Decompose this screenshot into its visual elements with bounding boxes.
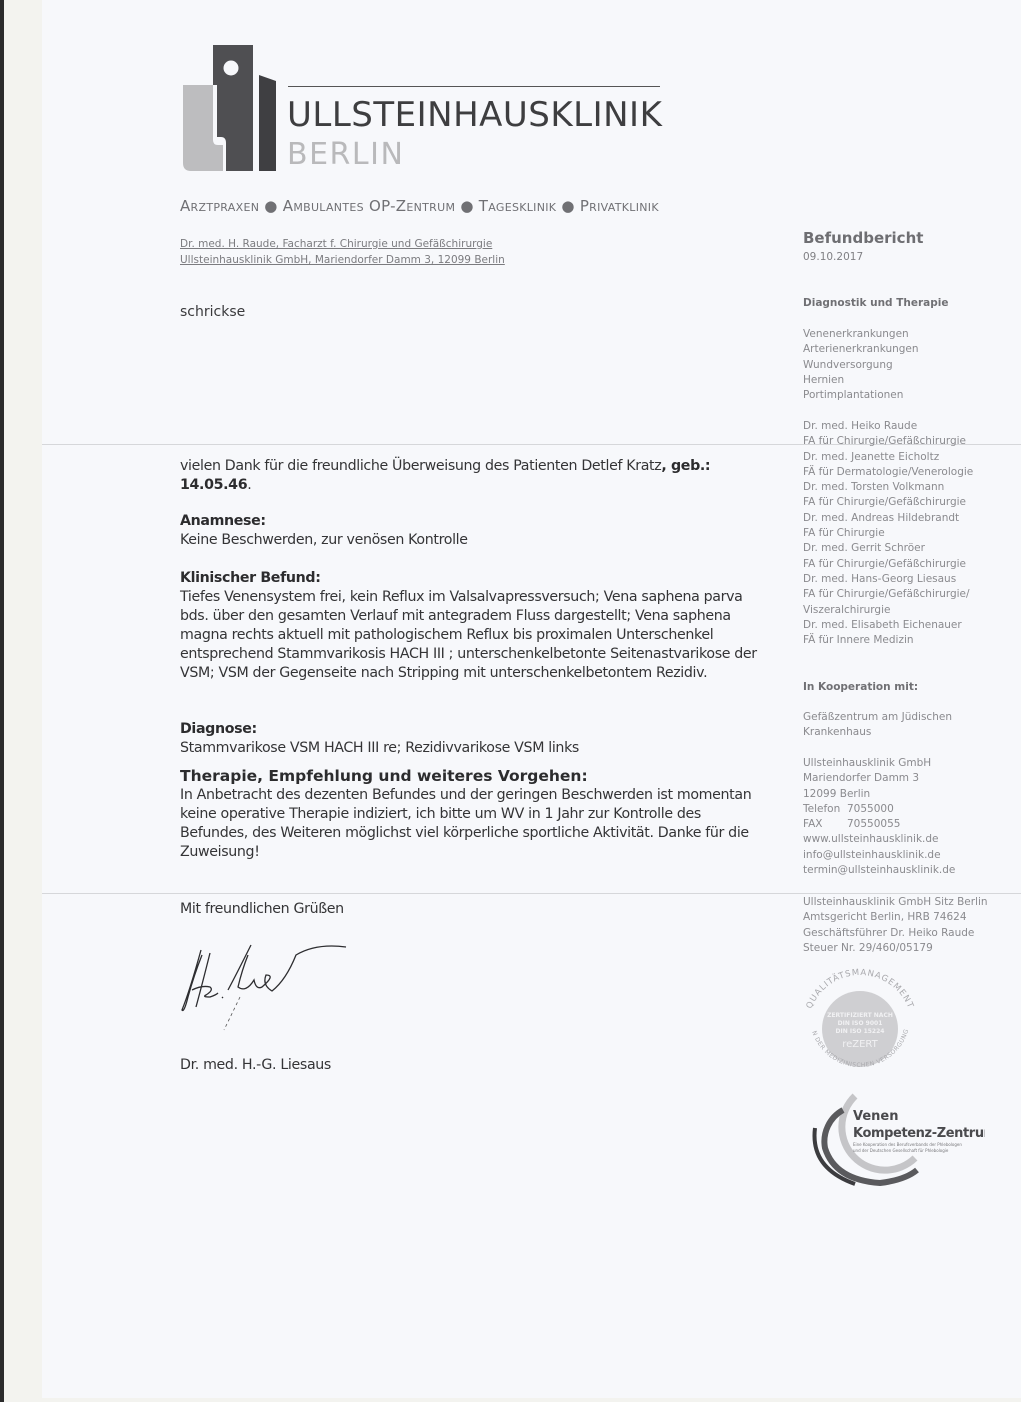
legal-line: Geschäftsführer Dr. Heiko Raude bbox=[803, 926, 988, 941]
doctor-line: FA für Chirurgie/Gefäßchirurgie bbox=[803, 495, 973, 510]
section-therapie: Therapie, Empfehlung und weiteres Vorgeh… bbox=[180, 767, 770, 862]
section-heading: Klinischer Befund: bbox=[180, 569, 770, 588]
section-text: Stammvarikose VSM HACH III re; Rezidivva… bbox=[180, 739, 770, 758]
doctor-line: FA für Chirurgie/Gefäßchirurgie bbox=[803, 434, 973, 449]
phone-value: 7055000 bbox=[847, 803, 894, 815]
scan-edge bbox=[0, 0, 4, 1402]
section-text: In Anbetracht des dezenten Befundes und … bbox=[180, 786, 770, 862]
venen-line-1: Venen bbox=[853, 1109, 899, 1124]
legal-line: Amtsgericht Berlin, HRB 74624 bbox=[803, 910, 988, 925]
clinic-name: ULLSTEINHAUSKLINIK bbox=[287, 95, 662, 135]
coop-item: Krankenhaus bbox=[803, 725, 952, 740]
diag-item: Portimplantationen bbox=[803, 388, 919, 403]
seal-brand: reZERT bbox=[842, 1039, 878, 1050]
venen-kompetenz-logo-icon: Venen Kompetenz-Zentrum Eine Kooperation… bbox=[795, 1088, 985, 1188]
doctor-line: FÄ für Dermatologie/Venerologie bbox=[803, 465, 973, 480]
seal-line-1: ZERTIFIZIERT NACH bbox=[827, 1012, 893, 1019]
coop-heading: In Kooperation mit: bbox=[803, 681, 918, 693]
phone-label: Telefon bbox=[803, 802, 847, 817]
seal-line-3: DIN ISO 15224 bbox=[836, 1028, 885, 1035]
doctor-line: Dr. med. Gerrit Schröer bbox=[803, 541, 973, 556]
fax-line: FAX70550055 bbox=[803, 817, 955, 832]
intro-text: vielen Dank für die freundliche Überweis… bbox=[180, 458, 661, 474]
address-line: 12099 Berlin bbox=[803, 787, 955, 802]
website-link[interactable]: www.ullsteinhausklinik.de bbox=[803, 832, 955, 847]
section-anamnese: Anamnese: Keine Beschwerden, zur venösen… bbox=[180, 512, 770, 550]
venen-sub-2: und der Deutschen Gesellschaft für Phleb… bbox=[853, 1148, 949, 1153]
venen-line-2: Kompetenz-Zentrum bbox=[853, 1126, 985, 1141]
doctor-line: Dr. med. Torsten Volkmann bbox=[803, 480, 973, 495]
signature-icon bbox=[176, 935, 376, 1040]
section-diagnose: Diagnose: Stammvarikose VSM HACH III re;… bbox=[180, 720, 770, 758]
legal-line: Ullsteinhausklinik GmbH Sitz Berlin bbox=[803, 895, 988, 910]
diag-list: Venenerkrankungen Arterienerkrankungen W… bbox=[803, 327, 919, 403]
fold-line bbox=[42, 893, 1021, 894]
diag-item: Wundversorgung bbox=[803, 358, 919, 373]
email-termin-link[interactable]: termin@ullsteinhausklinik.de bbox=[803, 863, 955, 878]
diag-item: Hernien bbox=[803, 373, 919, 388]
address-line: Mariendorfer Damm 3 bbox=[803, 771, 955, 786]
doctors-list: Dr. med. Heiko Raude FA für Chirurgie/Ge… bbox=[803, 419, 973, 648]
doctor-line: FA für Chirurgie/Gefäßchirurgie bbox=[803, 557, 973, 572]
email-info-link[interactable]: info@ullsteinhausklinik.de bbox=[803, 848, 955, 863]
clinic-city: BERLIN bbox=[287, 137, 404, 172]
phone-line: Telefon7055000 bbox=[803, 802, 955, 817]
section-heading: Therapie, Empfehlung und weiteres Vorgeh… bbox=[180, 767, 770, 786]
doctor-line: FA für Chirurgie bbox=[803, 526, 973, 541]
report-title: Befundbericht bbox=[803, 229, 923, 247]
doctor-line: Dr. med. Heiko Raude bbox=[803, 419, 973, 434]
diag-item: Venenerkrankungen bbox=[803, 327, 919, 342]
coop-list: Gefäßzentrum am Jüdischen Krankenhaus bbox=[803, 710, 952, 741]
sender-line-1: Dr. med. H. Raude, Facharzt f. Chirurgie… bbox=[180, 238, 492, 250]
recipient: schrickse bbox=[180, 304, 245, 320]
intro-paragraph: vielen Dank für die freundliche Überweis… bbox=[180, 457, 770, 495]
section-text: Tiefes Venensystem frei, kein Reflux im … bbox=[180, 588, 770, 683]
section-heading: Diagnose: bbox=[180, 720, 770, 739]
fax-label: FAX bbox=[803, 817, 847, 832]
legal-block: Ullsteinhausklinik GmbH Sitz Berlin Amts… bbox=[803, 895, 988, 956]
sender-line-2: Ullsteinhausklinik GmbH, Mariendorfer Da… bbox=[180, 254, 505, 266]
venen-sub-1: Eine Kooperation des Berufsverbands der … bbox=[853, 1142, 962, 1147]
doctor-line: FA für Chirurgie/Gefäßchirurgie/ bbox=[803, 587, 973, 602]
address-block: Ullsteinhausklinik GmbH Mariendorfer Dam… bbox=[803, 756, 955, 878]
doctor-line: Dr. med. Elisabeth Eichenauer bbox=[803, 618, 973, 633]
section-heading: Anamnese: bbox=[180, 512, 770, 531]
diag-item: Arterienerkrankungen bbox=[803, 342, 919, 357]
doctor-line: Dr. med. Andreas Hildebrandt bbox=[803, 511, 973, 526]
intro-end: . bbox=[247, 477, 251, 493]
report-date: 09.10.2017 bbox=[803, 251, 863, 263]
section-text: Keine Beschwerden, zur venösen Kontrolle bbox=[180, 531, 770, 550]
closing: Mit freundlichen Grüßen bbox=[180, 900, 770, 919]
diag-heading: Diagnostik und Therapie bbox=[803, 297, 949, 309]
signatory-name: Dr. med. H.-G. Liesaus bbox=[180, 1056, 770, 1075]
doctor-line: Dr. med. Jeanette Eicholtz bbox=[803, 450, 973, 465]
legal-line: Steuer Nr. 29/460/05179 bbox=[803, 941, 988, 956]
quality-seal-icon: QUALITÄTSMANAGEMENT IN DER MEDIZINISCHEN… bbox=[790, 965, 930, 1085]
clinic-logo-icon bbox=[183, 45, 278, 171]
doctor-line: Dr. med. Hans-Georg Liesaus bbox=[803, 572, 973, 587]
fax-value: 70550055 bbox=[847, 818, 900, 830]
section-klinischer-befund: Klinischer Befund: Tiefes Venensystem fr… bbox=[180, 569, 770, 683]
doctor-line: FÄ für Innere Medizin bbox=[803, 633, 973, 648]
logo-rule bbox=[288, 86, 660, 87]
doctor-line: Viszeralchirurgie bbox=[803, 603, 973, 618]
coop-item: Gefäßzentrum am Jüdischen bbox=[803, 710, 952, 725]
seal-line-2: DIN ISO 9001 bbox=[838, 1020, 883, 1027]
address-line: Ullsteinhausklinik GmbH bbox=[803, 756, 955, 771]
services-line: Arztpraxen ● Ambulantes OP-Zentrum ● Tag… bbox=[180, 197, 659, 215]
